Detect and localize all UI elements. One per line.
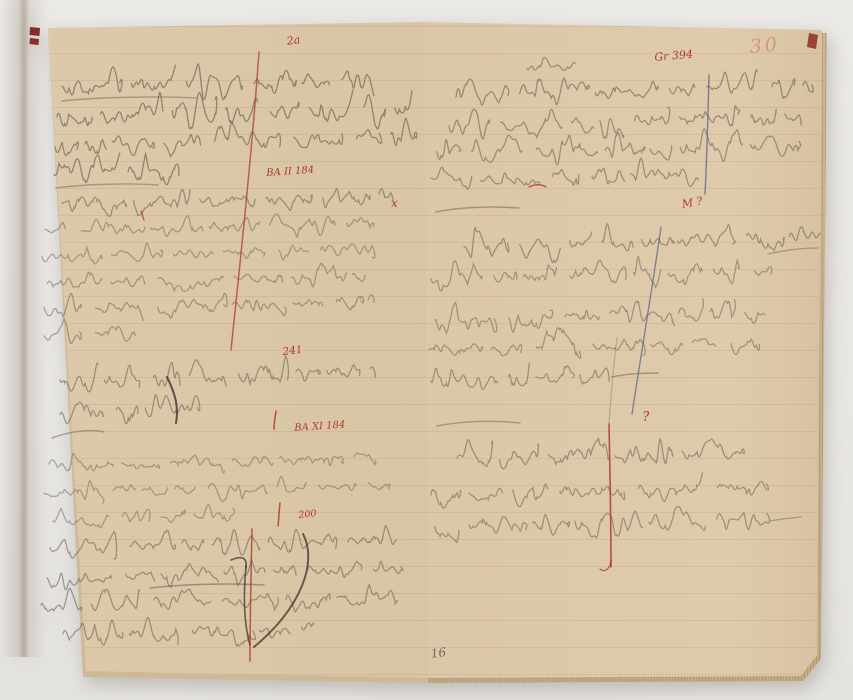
photo-stage: 2aBA II 184x241BA XI 184200Gr 39430M ??1… xyxy=(0,0,853,700)
script-line-right xyxy=(456,70,813,105)
divider-dash-right-1 xyxy=(436,207,519,212)
script-line-right xyxy=(431,257,772,291)
black-curve-left xyxy=(254,534,308,647)
divider-dash-right-2 xyxy=(437,421,520,426)
red-binder-mark-bottom xyxy=(30,38,40,45)
blue-deletion-line-right-2 xyxy=(632,227,661,414)
script-line-right xyxy=(435,299,765,334)
red-deletion-line-right xyxy=(609,424,611,567)
page-number-16-pencil: 16 xyxy=(430,646,447,660)
script-line-left xyxy=(55,118,417,157)
red-query-m: M ? xyxy=(681,195,703,209)
red-note-2a: 2a xyxy=(286,34,301,47)
red-deletion-line-left-2 xyxy=(250,529,252,661)
underline-left-line1 xyxy=(62,97,196,101)
script-line-left xyxy=(62,188,393,216)
script-line-left xyxy=(44,476,390,503)
red-tick-left-a xyxy=(274,411,276,429)
script-line-right xyxy=(435,506,770,542)
script-line-left xyxy=(42,243,375,264)
pencil-strike-left xyxy=(150,584,264,588)
script-line-right xyxy=(464,224,820,263)
handwriting-layer xyxy=(0,0,853,700)
script-line-left xyxy=(53,505,234,528)
script-line-right xyxy=(457,439,744,469)
red-hook-right xyxy=(600,560,611,571)
script-line-left xyxy=(62,64,374,100)
black-bracket-stem-left xyxy=(244,566,250,645)
red-tick-left-b xyxy=(278,503,280,526)
script-line-right xyxy=(431,363,609,389)
script-line-left xyxy=(50,526,396,560)
black-bracket-top-left xyxy=(231,558,246,568)
script-line-right xyxy=(431,473,769,508)
script-line-left xyxy=(49,453,376,473)
red-ref-gr-394: Gr 394 xyxy=(654,49,693,63)
script-line-left xyxy=(60,356,375,392)
red-ref-200: 200 xyxy=(298,509,317,520)
script-line-right xyxy=(429,328,760,359)
script-line-right xyxy=(449,106,801,139)
script-line-left xyxy=(44,293,374,320)
pencil-swash-left xyxy=(52,431,104,438)
script-line-left xyxy=(47,559,403,589)
script-line-left xyxy=(60,395,200,424)
pencil-vertical-right-p3 xyxy=(609,338,617,423)
red-binder-mark-top xyxy=(30,27,41,36)
script-line-left xyxy=(47,263,365,291)
em-dash-right-p2 xyxy=(612,373,658,377)
script-line-right xyxy=(437,129,801,165)
red-query-mark: ? xyxy=(642,410,650,424)
notebook-spread: 2aBA II 184x241BA XI 184200Gr 39430M ??1… xyxy=(0,0,853,700)
red-corner-mark-right xyxy=(807,33,818,49)
script-line-left xyxy=(57,90,412,129)
script-line-left xyxy=(54,153,179,185)
script-line-left xyxy=(41,585,397,612)
blue-deletion-line-right-1 xyxy=(705,75,709,194)
script-line-left xyxy=(63,617,314,646)
underline-right-p2 xyxy=(768,248,818,254)
script-line-left xyxy=(44,319,135,343)
script-line-left xyxy=(45,214,374,237)
em-dash-right-p3 xyxy=(770,517,801,521)
script-line-right xyxy=(527,57,575,70)
red-cross-mark: x xyxy=(391,197,398,209)
page-number-30-red: 30 xyxy=(749,35,781,57)
script-line-right xyxy=(431,158,698,189)
red-ref-241: 241 xyxy=(282,345,303,358)
underline-left-line4 xyxy=(56,184,158,188)
red-small-tick-right xyxy=(529,185,546,187)
